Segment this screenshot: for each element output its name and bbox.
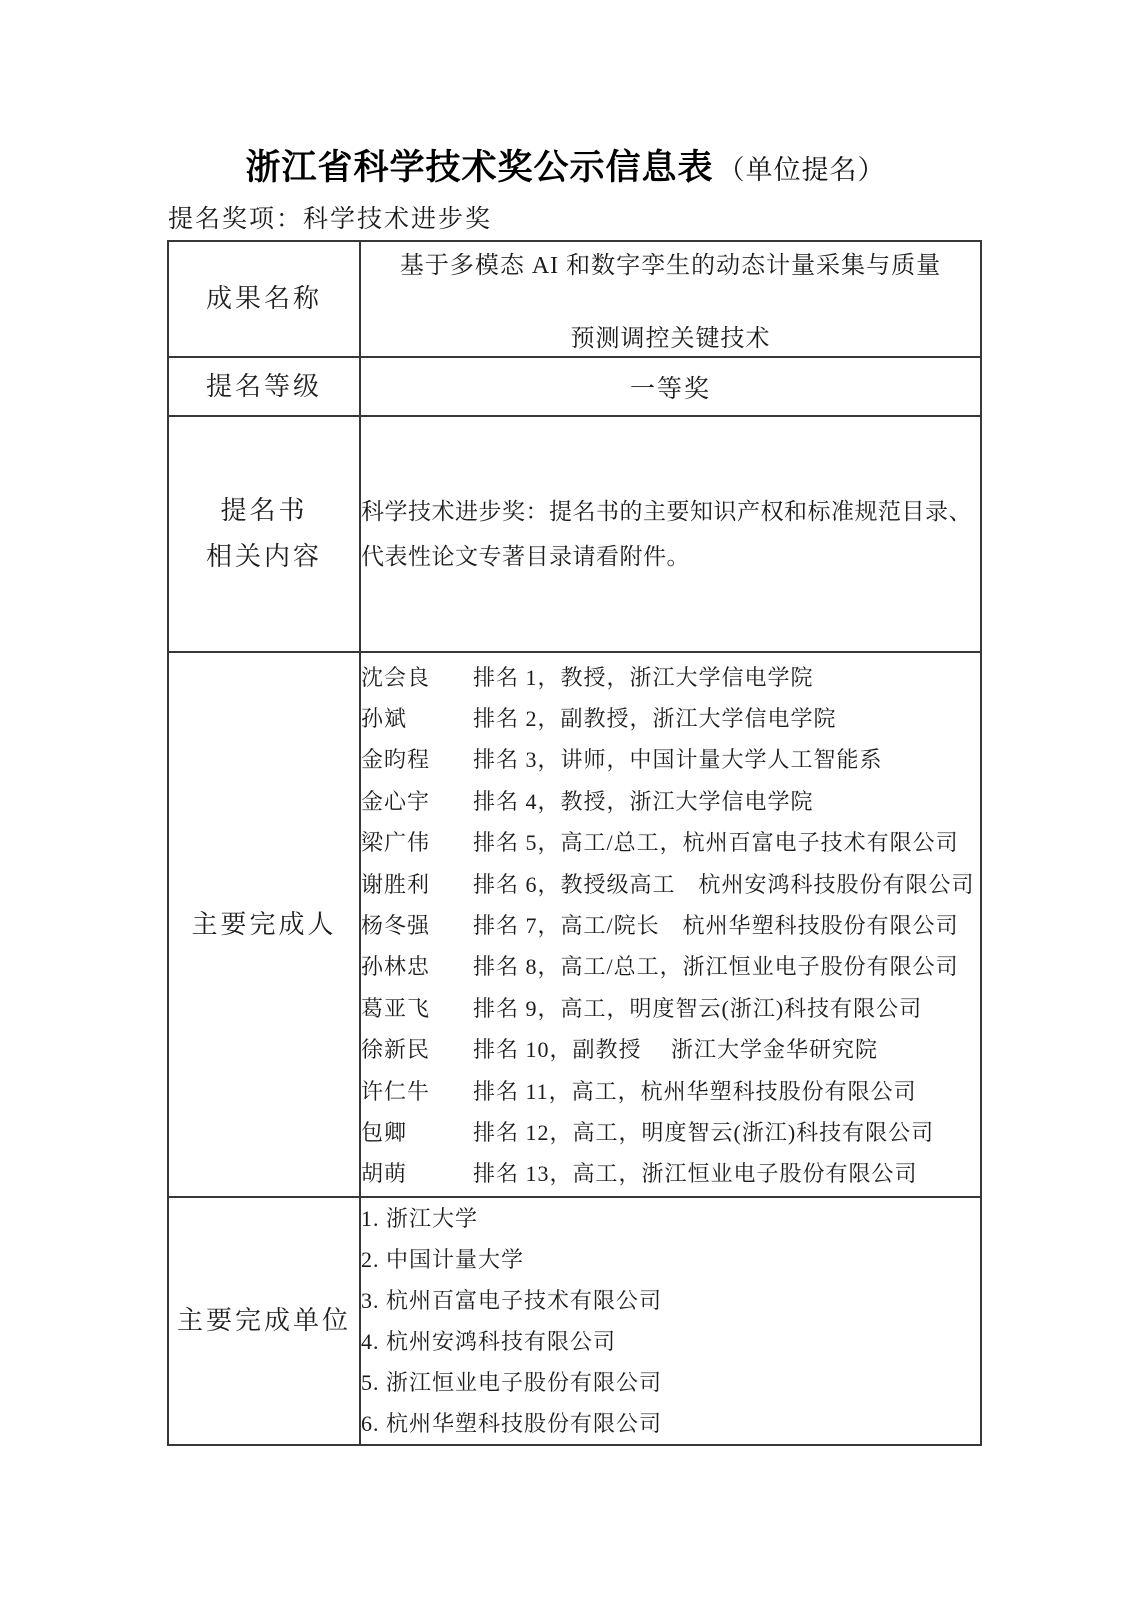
result-name-value: 基于多模态 AI 和数字孪生的动态计量采集与质量 预测调控关键技术	[360, 241, 981, 357]
person-detail: 排名 13，高工，浙江恒业电子股份有限公司	[473, 1157, 980, 1188]
person-row: 沈会良 排名 1，教授，浙江大学信电学院	[361, 655, 980, 696]
document-page: 浙江省科学技术奖公示信息表 （单位提名） 提名奖项：科学技术进步奖 成果名称 基…	[0, 0, 1131, 1600]
row-result-name: 成果名称 基于多模态 AI 和数字孪生的动态计量采集与质量 预测调控关键技术	[168, 241, 981, 357]
unit-item: 1. 浙江大学	[361, 1198, 980, 1239]
person-name: 沈会良	[361, 661, 473, 692]
row-units: 主要完成单位 1. 浙江大学 2. 中国计量大学 3. 杭州百富电子技术有限公司…	[168, 1197, 981, 1445]
unit-item: 6. 杭州华塑科技股份有限公司	[361, 1403, 980, 1444]
person-detail: 排名 5，高工/总工，杭州百富电子技术有限公司	[473, 826, 980, 857]
person-detail: 排名 7，高工/院长 杭州华塑科技股份有限公司	[473, 909, 980, 940]
title-suffix-text: （单位提名）	[718, 155, 886, 185]
page-title: 浙江省科学技术奖公示信息表 （单位提名）	[0, 140, 1131, 190]
person-name: 包卿	[361, 1116, 473, 1147]
title-main-text: 浙江省科学技术奖公示信息表	[245, 148, 713, 187]
row-completers: 主要完成人 沈会良 排名 1，教授，浙江大学信电学院 孙斌 排名 2，副教授，浙…	[168, 652, 981, 1197]
person-detail: 排名 4，教授，浙江大学信电学院	[473, 785, 980, 816]
person-row: 金心宇 排名 4，教授，浙江大学信电学院	[361, 780, 980, 821]
nomination-award-line: 提名奖项：科学技术进步奖	[168, 199, 492, 235]
person-detail: 排名 9，高工，明度智云(浙江)科技有限公司	[473, 992, 980, 1023]
person-name: 孙斌	[361, 702, 473, 733]
completers-list: 沈会良 排名 1，教授，浙江大学信电学院 孙斌 排名 2，副教授，浙江大学信电学…	[360, 652, 981, 1197]
person-detail: 排名 8，高工/总工，浙江恒业电子股份有限公司	[473, 950, 980, 981]
person-row: 孙斌 排名 2，副教授，浙江大学信电学院	[361, 697, 980, 738]
person-detail: 排名 10，副教授 浙江大学金华研究院	[473, 1033, 980, 1064]
person-detail: 排名 6，教授级高工 杭州安鸿科技股份有限公司	[473, 868, 980, 899]
person-row: 徐新民 排名 10，副教授 浙江大学金华研究院	[361, 1028, 980, 1069]
person-row: 葛亚飞 排名 9，高工，明度智云(浙江)科技有限公司	[361, 987, 980, 1028]
units-label: 主要完成单位	[168, 1197, 360, 1445]
person-name: 梁广伟	[361, 826, 473, 857]
person-detail: 排名 1，教授，浙江大学信电学院	[473, 661, 980, 692]
person-detail: 排名 3，讲师，中国计量大学人工智能系	[473, 743, 980, 774]
grade-value: 一等奖	[360, 357, 981, 416]
person-detail: 排名 11，高工，杭州华塑科技股份有限公司	[473, 1075, 980, 1106]
nomination-doc-line2: 代表性论文专著目录请看附件。	[361, 534, 980, 579]
person-name: 金昀程	[361, 743, 473, 774]
nomination-doc-label: 提名书 相关内容	[168, 416, 360, 652]
unit-item: 5. 浙江恒业电子股份有限公司	[361, 1362, 980, 1403]
result-name-line2: 预测调控关键技术	[361, 318, 980, 353]
person-row: 杨冬强 排名 7，高工/院长 杭州华塑科技股份有限公司	[361, 904, 980, 945]
person-row: 胡萌 排名 13，高工，浙江恒业电子股份有限公司	[361, 1152, 980, 1193]
nomination-doc-line1: 科学技术进步奖：提名书的主要知识产权和标准规范目录、	[361, 489, 980, 534]
person-name: 许仁牛	[361, 1075, 473, 1106]
person-name: 葛亚飞	[361, 992, 473, 1023]
nomination-doc-content: 科学技术进步奖：提名书的主要知识产权和标准规范目录、 代表性论文专著目录请看附件…	[360, 416, 981, 652]
completers-label: 主要完成人	[168, 652, 360, 1197]
unit-item: 2. 中国计量大学	[361, 1239, 980, 1280]
person-row: 金昀程 排名 3，讲师，中国计量大学人工智能系	[361, 738, 980, 779]
nomination-doc-label-line1: 提名书	[169, 488, 359, 534]
result-name-label: 成果名称	[168, 241, 360, 357]
unit-item: 3. 杭州百富电子技术有限公司	[361, 1280, 980, 1321]
row-grade: 提名等级 一等奖	[168, 357, 981, 416]
award-info-table: 成果名称 基于多模态 AI 和数字孪生的动态计量采集与质量 预测调控关键技术 提…	[167, 240, 982, 1446]
person-detail: 排名 2，副教授，浙江大学信电学院	[473, 702, 980, 733]
person-row: 梁广伟 排名 5，高工/总工，杭州百富电子技术有限公司	[361, 821, 980, 862]
person-row: 谢胜利 排名 6，教授级高工 杭州安鸿科技股份有限公司	[361, 862, 980, 903]
nomination-doc-label-line2: 相关内容	[169, 534, 359, 580]
person-name: 谢胜利	[361, 868, 473, 899]
result-name-line1: 基于多模态 AI 和数字孪生的动态计量采集与质量	[361, 245, 980, 280]
person-name: 徐新民	[361, 1033, 473, 1064]
unit-item: 4. 杭州安鸿科技有限公司	[361, 1321, 980, 1362]
grade-label: 提名等级	[168, 357, 360, 416]
person-row: 孙林忠 排名 8，高工/总工，浙江恒业电子股份有限公司	[361, 945, 980, 986]
row-nomination-doc: 提名书 相关内容 科学技术进步奖：提名书的主要知识产权和标准规范目录、 代表性论…	[168, 416, 981, 652]
person-name: 孙林忠	[361, 950, 473, 981]
person-name: 金心宇	[361, 785, 473, 816]
person-name: 胡萌	[361, 1157, 473, 1188]
units-list: 1. 浙江大学 2. 中国计量大学 3. 杭州百富电子技术有限公司 4. 杭州安…	[360, 1197, 981, 1445]
person-detail: 排名 12，高工，明度智云(浙江)科技有限公司	[473, 1116, 980, 1147]
person-name: 杨冬强	[361, 909, 473, 940]
person-row: 许仁牛 排名 11，高工，杭州华塑科技股份有限公司	[361, 1069, 980, 1110]
person-row: 包卿 排名 12，高工，明度智云(浙江)科技有限公司	[361, 1111, 980, 1152]
